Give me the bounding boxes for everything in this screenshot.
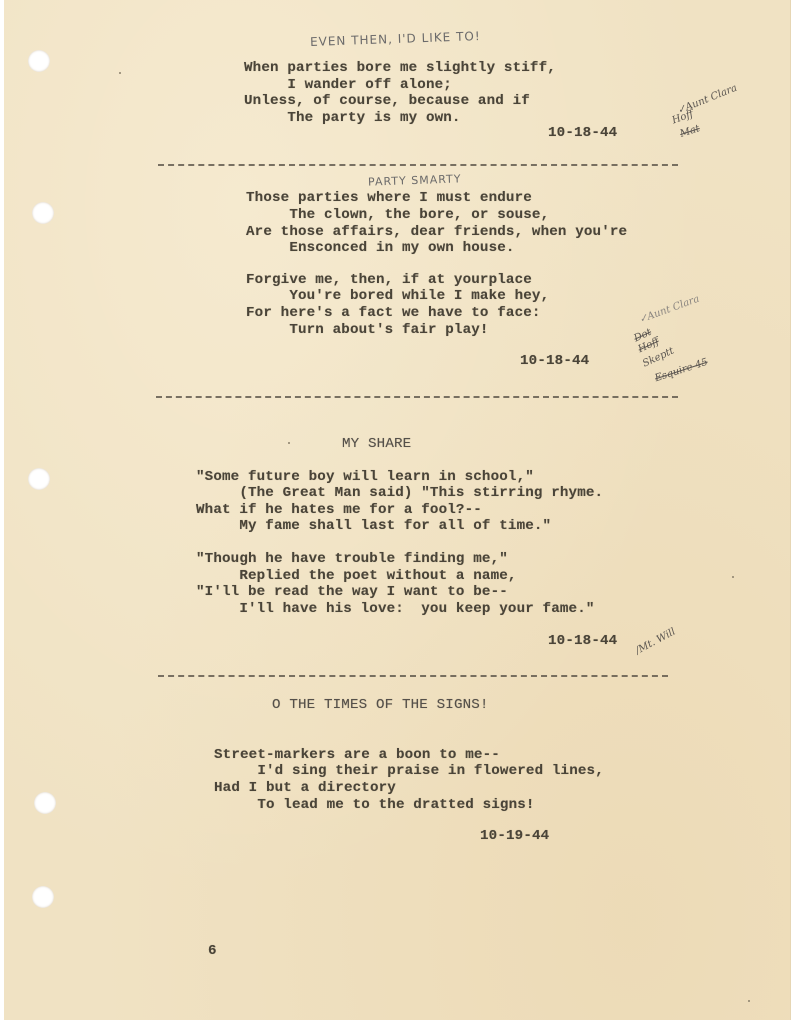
- binder-hole-1: [28, 50, 50, 72]
- poem-3-margin-note-1: /Mt. Will: [634, 626, 678, 657]
- poem-2-line-5: Forgive me, then, if at yourplace: [246, 272, 532, 289]
- paper-speck: [732, 576, 734, 578]
- poem-1-line-2: I wander off alone;: [244, 77, 452, 94]
- poem-2-line-1: Those parties where I must endure: [246, 190, 532, 207]
- poem-4-line-1: Street-markers are a boon to me--: [214, 747, 500, 764]
- poem-3-line-3: What if he hates me for a fool?--: [196, 502, 482, 519]
- poem-2-handwritten-title: PARTY SMARTY: [368, 172, 462, 188]
- poem-2-date: 10-18-44: [520, 353, 589, 370]
- poem-2-line-6: You're bored while I make hey,: [246, 288, 549, 305]
- paper-speck: [748, 1000, 750, 1002]
- poem-1-line-1: When parties bore me slightly stiff,: [244, 60, 556, 77]
- poem-4-line-3: Had I but a directory: [214, 780, 396, 797]
- poem-4-date: 10-19-44: [480, 828, 549, 845]
- poem-4-line-2: I'd sing their praise in flowered lines,: [214, 763, 604, 780]
- typewritten-page: EVEN THEN, I'D LIKE TO! When parties bor…: [4, 0, 790, 1020]
- handwritten-header: EVEN THEN, I'D LIKE TO!: [310, 29, 481, 49]
- poem-2-line-3: Are those affairs, dear friends, when yo…: [246, 224, 627, 241]
- poem-2-line-4: Ensconced in my own house.: [246, 240, 515, 257]
- poem-2-margin-note-1: ✓Aunt Clara: [638, 294, 702, 327]
- poem-3-title: MY SHARE: [342, 436, 411, 453]
- poem-3-line-5: "Though he have trouble finding me,": [196, 551, 508, 568]
- poem-3-line-7: "I'll be read the way I want to be--: [196, 584, 508, 601]
- page-number: 6: [208, 943, 217, 960]
- poem-2-line-7: For here's a fact we have to face:: [246, 305, 541, 322]
- poem-1-line-4: The party is my own.: [244, 110, 461, 127]
- poem-3-line-6: Replied the poet without a name,: [196, 568, 517, 585]
- poem-1-margin-note-3: Mat: [679, 123, 702, 141]
- poem-1-line-3: Unless, of course, because and if: [244, 93, 530, 110]
- poem-3-line-1: "Some future boy will learn in school,": [196, 469, 534, 486]
- binder-hole-5: [32, 886, 54, 908]
- poem-3-date: 10-18-44: [548, 633, 617, 650]
- poem-3-line-4: My fame shall last for all of time.": [196, 518, 551, 535]
- binder-hole-2-reinforced: [32, 202, 54, 224]
- paper-speck: [288, 442, 290, 444]
- poem-3-line-8: I'll have his love: you keep your fame.": [196, 601, 595, 618]
- poem-4-title: O THE TIMES OF THE SIGNS!: [272, 697, 489, 714]
- poem-2-line-2: The clown, the bore, or souse,: [246, 207, 549, 224]
- separator-1: [158, 164, 678, 166]
- poem-1-date: 10-18-44: [548, 125, 617, 142]
- separator-2: [156, 396, 678, 398]
- paper-speck: [119, 72, 121, 74]
- poem-2-line-8: Turn about's fair play!: [246, 322, 489, 339]
- separator-3: [158, 675, 668, 677]
- poem-3-line-2: (The Great Man said) "This stirring rhym…: [196, 485, 603, 502]
- poem-4-line-4: To lead me to the dratted signs!: [214, 797, 535, 814]
- binder-hole-4-reinforced: [34, 792, 56, 814]
- binder-hole-3: [28, 468, 50, 490]
